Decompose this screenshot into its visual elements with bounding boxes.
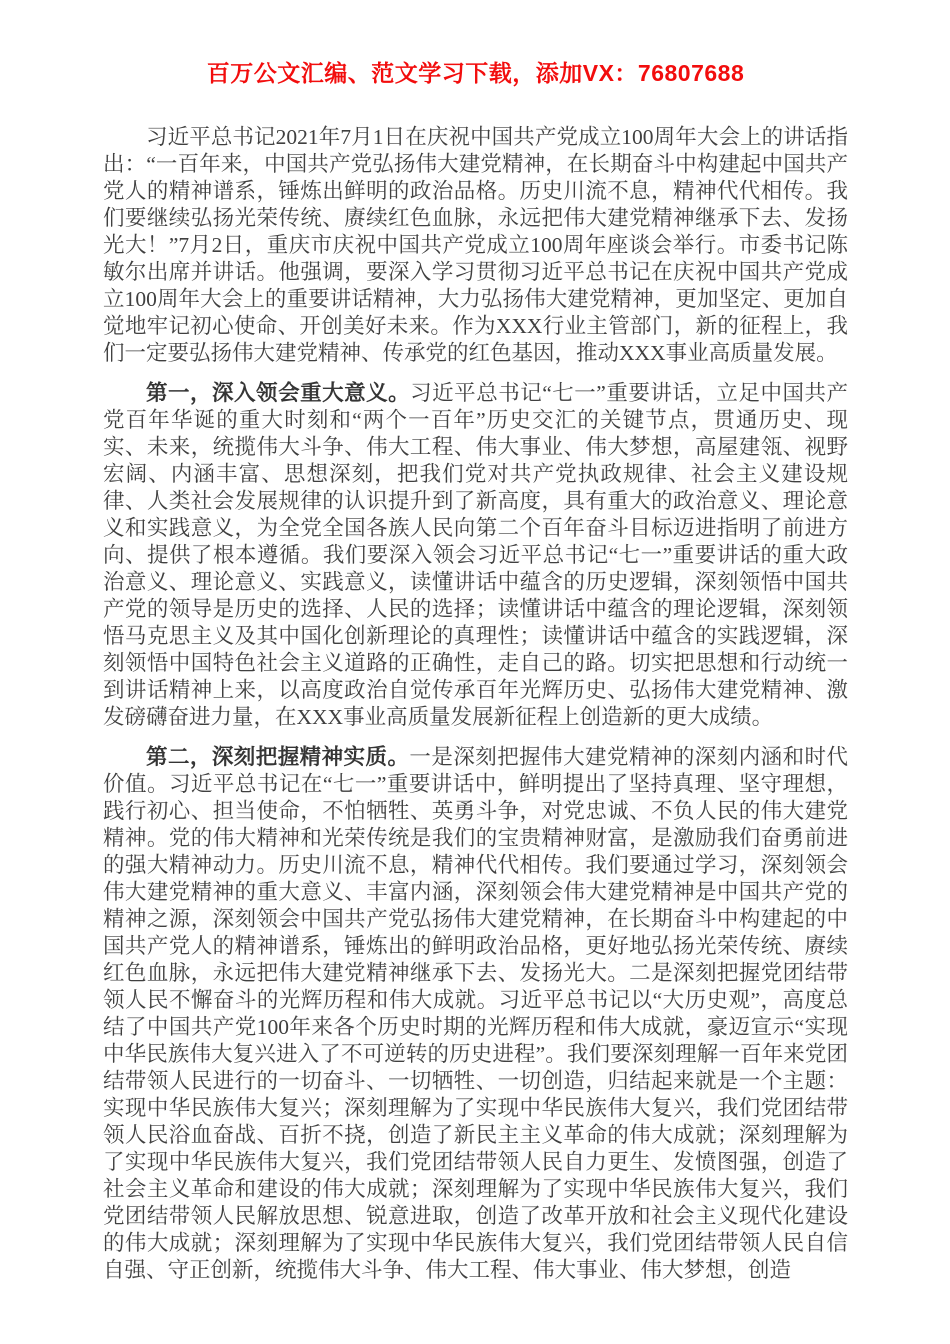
document-body: 习近平总书记2021年7月1日在庆祝中国共产党成立100周年大会上的讲话指出：“… [103,124,848,1284]
paragraph-second-point-text: 一是深刻把握伟大建党精神的深刻内涵和时代价值。习近平总书记在“七一”重要讲话中，… [103,745,848,1282]
paragraph-intro: 习近平总书记2021年7月1日在庆祝中国共产党成立100周年大会上的讲话指出：“… [103,124,848,367]
paragraph-intro-text: 习近平总书记2021年7月1日在庆祝中国共产党成立100周年大会上的讲话指出：“… [103,125,848,365]
paragraph-first-point-lead: 第一，深入领会重大意义。 [146,381,410,405]
paragraph-first-point: 第一，深入领会重大意义。习近平总书记“七一”重要讲话，立足中国共产党百年华诞的重… [103,380,848,731]
paragraph-first-point-text: 习近平总书记“七一”重要讲话，立足中国共产党百年华诞的重大时刻和“两个一百年”历… [103,381,848,729]
paragraph-second-point: 第二，深刻把握精神实质。一是深刻把握伟大建党精神的深刻内涵和时代价值。习近平总书… [103,744,848,1284]
paragraph-second-point-lead: 第二，深刻把握精神实质。 [146,745,409,769]
promo-header-notice: 百万公文汇编、范文学习下载，添加VX：76807688 [103,58,848,88]
document-page: 百万公文汇编、范文学习下载，添加VX：76807688 习近平总书记2021年7… [0,0,950,1344]
